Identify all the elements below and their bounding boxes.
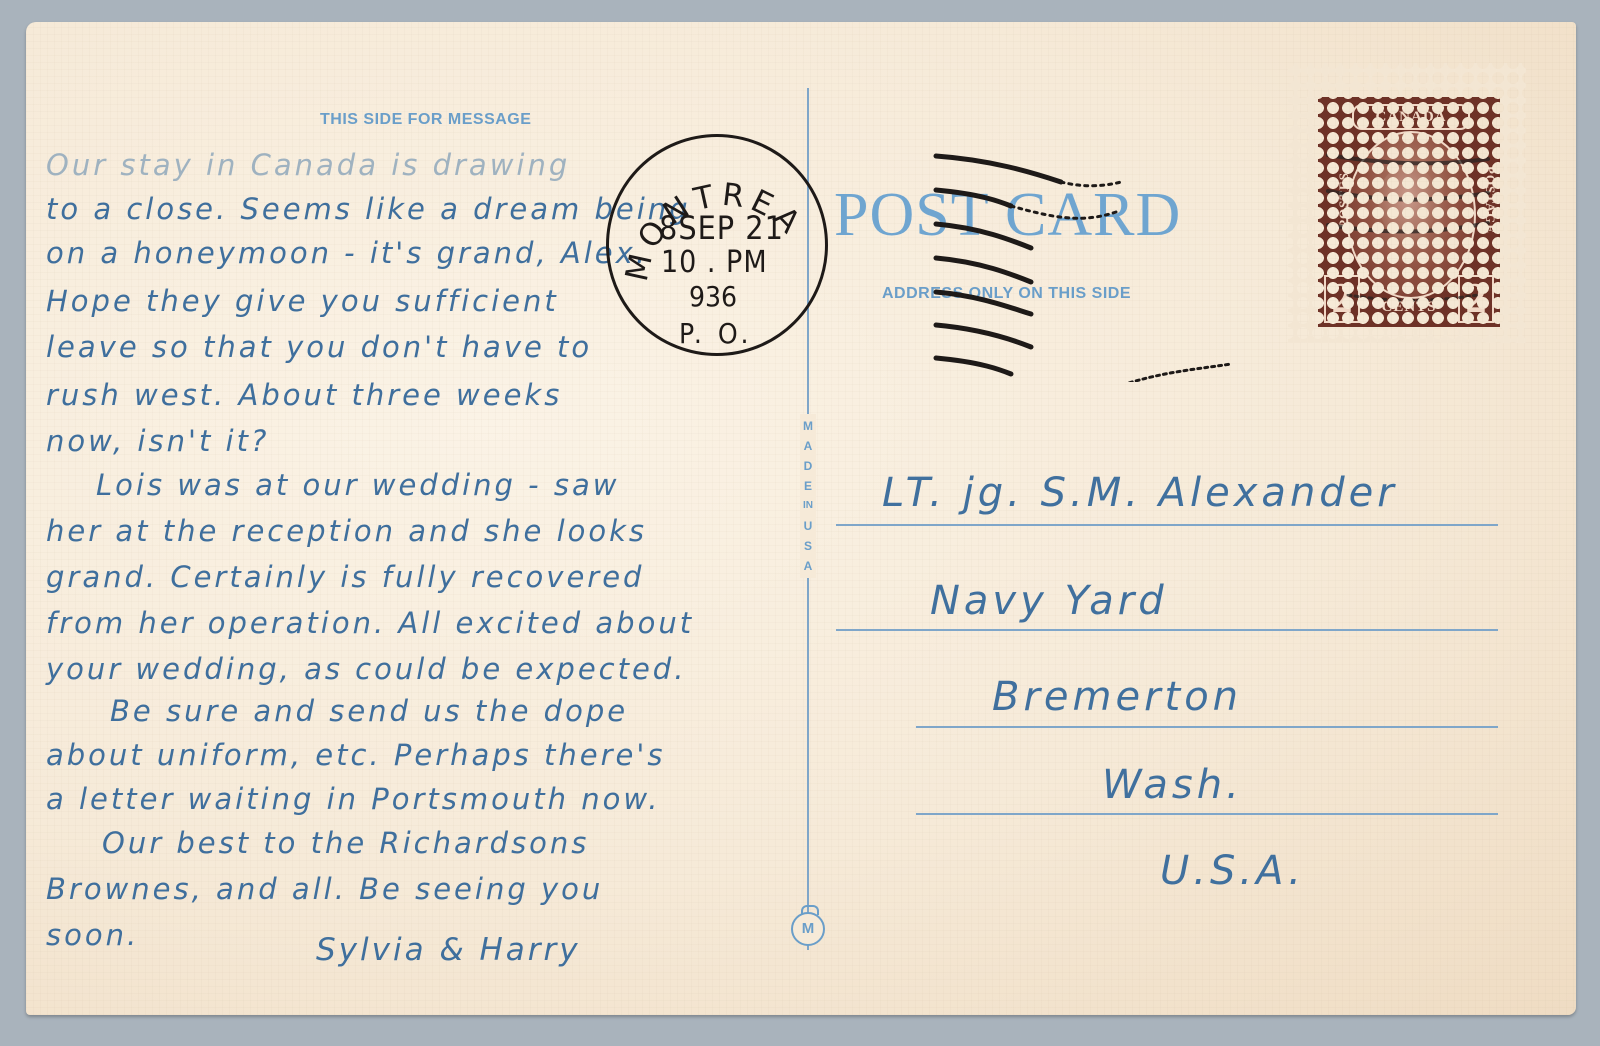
message-line: to a close. Seems like a dream being xyxy=(46,192,691,226)
message-line: Brownes, and all. Be seeing you xyxy=(46,872,603,906)
made-in-letter: A xyxy=(800,556,816,576)
made-in-usa-label: M A D E IN U S A xyxy=(800,414,816,578)
address-rule xyxy=(916,726,1498,728)
postage-stamp: CANADA POSTES POSTAGE 2 2 CENTS xyxy=(1288,63,1526,343)
message-line: your wedding, as could be expected. xyxy=(46,652,686,686)
recipient-name: LT. jg. S.M. Alexander xyxy=(882,470,1398,516)
made-in-letter: E xyxy=(800,476,816,496)
recipient-state: Wash. xyxy=(1102,762,1243,808)
postmark-month-day: SEP 21 xyxy=(678,209,784,247)
message-line: Our stay in Canada is drawing xyxy=(46,148,570,182)
postmark-circle: MONTREAL 8SEP 21 10 . PM 936 P. O. xyxy=(606,134,828,356)
message-line: on a honeymoon - it's grand, Alex. xyxy=(46,236,648,270)
made-in-letter: A xyxy=(800,436,816,456)
message-side-label: THIS SIDE FOR MESSAGE xyxy=(320,111,531,129)
message-line: grand. Certainly is fully recovered xyxy=(46,560,644,594)
postmark-day: 8 xyxy=(659,209,678,247)
publisher-logo-icon: M xyxy=(791,912,825,946)
recipient-city: Bremerton xyxy=(992,674,1242,720)
recipient-country: U.S.A. xyxy=(1160,848,1305,894)
message-line: about uniform, etc. Perhaps there's xyxy=(46,738,665,772)
signature: Sylvia & Harry xyxy=(316,932,581,968)
message-line: a letter waiting in Portsmouth now. xyxy=(46,782,660,816)
made-in-letter: S xyxy=(800,536,816,556)
address-rule xyxy=(836,629,1498,631)
message-line: her at the reception and she looks xyxy=(46,514,647,548)
postmark-time: 10 . PM xyxy=(661,245,768,280)
message-line: from her operation. All excited about xyxy=(46,606,694,640)
message-line: Lois was at our wedding - saw xyxy=(96,468,619,502)
made-in-letter: IN xyxy=(800,496,816,516)
stamp-cancellation-lines xyxy=(1288,63,1526,343)
made-in-letter: U xyxy=(800,516,816,536)
postmark-date: 8SEP 21 xyxy=(659,209,784,247)
made-in-letter: M xyxy=(800,416,816,436)
message-line: soon. xyxy=(46,918,139,952)
recipient-street: Navy Yard xyxy=(930,578,1168,624)
message-line: Our best to the Richardsons xyxy=(102,826,589,860)
message-line: Hope they give you sufficient xyxy=(46,284,559,318)
message-line: Be sure and send us the dope xyxy=(110,694,628,728)
message-line: rush west. About three weeks xyxy=(46,378,562,412)
message-line: now, isn't it? xyxy=(46,424,269,458)
postmark-year: 936 xyxy=(689,280,737,313)
made-in-letter: D xyxy=(800,456,816,476)
postmark-office: P. O. xyxy=(679,317,753,350)
address-rule xyxy=(836,524,1498,526)
address-rule xyxy=(916,813,1498,815)
cancellation-lines xyxy=(931,142,1311,382)
postcard-back: THIS SIDE FOR MESSAGE M A D E IN U S A M… xyxy=(26,22,1576,1015)
message-line: leave so that you don't have to xyxy=(46,330,592,364)
